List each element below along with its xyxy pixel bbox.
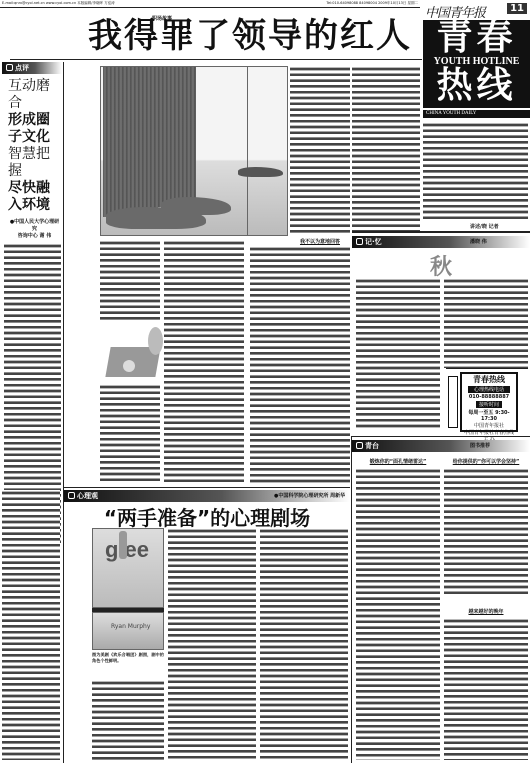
section-title-block: 青春 YOUTH HOTLINE 热线 <box>423 20 530 108</box>
hotline-box: 青春热线 心理热线电话 010-88888887 接听时间 每周一至五 9:30… <box>460 372 518 432</box>
memory-body-col1 <box>356 278 440 428</box>
section-header-psych: 心理观 ●中国科学院心理研究所 周新华 <box>64 490 350 502</box>
section-divider <box>352 231 530 233</box>
comment-byline-2: 咨询中心 谢 伟 <box>8 232 61 239</box>
hotline-hours-label: 接听时间 <box>476 401 502 408</box>
section-header-memory: 记·忆 潘晓 伟 <box>352 236 530 248</box>
vision-byline: 图书推荐 <box>470 440 490 452</box>
story-illustration <box>100 66 248 236</box>
story-body-col5 <box>352 66 420 236</box>
contact-info: E-mail:qnrx@cyol.net.cn www.cyol.com.cn … <box>2 0 115 6</box>
memory-title: 秋 <box>430 250 452 281</box>
page-number: 11 <box>507 3 527 14</box>
psych-byline: ●中国科学院心理研究所 周新华 <box>274 490 345 502</box>
section-header-vision: 青台 图书推荐 <box>352 440 530 452</box>
vision-rule <box>352 436 530 437</box>
china-youth-bar: CHINA YOUTH DAILY <box>423 110 530 118</box>
hotline-org-2: 中国青年报社青春热线 <box>462 429 516 436</box>
story-body-col1b <box>100 384 160 484</box>
section-icon <box>6 64 13 71</box>
psych-body-col1 <box>92 680 164 760</box>
hotline-label: 心理热线电话 <box>468 386 510 393</box>
main-headline: 我得罪了领导的红人 <box>80 14 420 58</box>
comment-title-1: 互动磨合 <box>8 78 61 112</box>
psych-rule <box>64 487 350 488</box>
section-title-top: 青春 <box>423 20 530 56</box>
psych-body-col3 <box>260 528 348 760</box>
section-icon <box>356 442 363 449</box>
hotline-side-tab <box>448 376 458 428</box>
vision-article-1-title: 锻炼你的“面孔情绪雷达” <box>356 458 440 465</box>
comment-title-2: 形成圈子文化 <box>8 112 61 146</box>
vision-column-rule <box>351 436 352 763</box>
comment-byline-1: ●中国人民大学心理研究 <box>8 218 61 232</box>
left-column-body-lower <box>2 490 60 760</box>
story-body-col6 <box>423 122 528 222</box>
story-body-col2 <box>164 240 244 484</box>
hotline-org: 中国青年报社 <box>462 422 516 429</box>
story-subhead: 我不以为意地回答 <box>290 238 350 245</box>
section-header-comment: 点评 <box>2 62 62 74</box>
image-caption: 图为美剧《欢乐合唱团》剧照，剧中的角色个性鲜明。 <box>92 652 164 678</box>
memory-rule <box>446 368 528 369</box>
glee-title: glee <box>105 537 149 563</box>
vision-article-2-body <box>444 468 528 596</box>
vision-article-1-body <box>356 468 440 760</box>
vision-article-2-title: 给你提供的“你可以学会坚持” <box>444 458 528 465</box>
story-body-col3 <box>290 66 350 236</box>
book-author: Ryan Murphy <box>111 623 150 630</box>
section-icon <box>356 238 363 245</box>
headline-rule <box>10 59 422 60</box>
story-body-col4 <box>250 246 350 484</box>
section-icon <box>68 492 75 499</box>
hotline-hours: 每周一至五 9:30-17:30 <box>462 409 516 422</box>
memory-body-col2 <box>444 278 528 368</box>
story-illustration-extension <box>248 66 288 236</box>
psych-body-col2 <box>168 528 256 760</box>
left-column-rule <box>63 487 64 763</box>
comment-title-3: 智慧把握 <box>8 146 61 180</box>
glee-poster: glee <box>92 528 164 608</box>
hotline-title: 青春热线 <box>462 374 516 385</box>
hotline-phone: 010-88888887 <box>462 394 516 400</box>
vision-article-3-body <box>444 618 528 760</box>
top-info-bar: E-mail:qnrx@cyol.net.cn www.cyol.com.cn … <box>0 0 420 8</box>
issue-date: Tel:010-64098088 84098004 2009年10月13日 星期… <box>326 0 418 6</box>
vision-article-3-title: 越来越好的晚年 <box>444 608 528 615</box>
story-body-col1 <box>100 240 160 320</box>
comment-title-4: 尽快融入环境 <box>8 180 61 214</box>
section-title-bottom: 热线 <box>423 68 530 104</box>
masthead: 中国青年报 11 青春 YOUTH HOTLINE 热线 <box>423 0 530 110</box>
book-cover: Ryan Murphy <box>92 612 164 650</box>
memory-byline: 潘晓 伟 <box>470 236 487 248</box>
left-column: 点评 互动磨合 形成圈子文化 智慧把握 尽快融入环境 ●中国人民大学心理研究 咨… <box>2 62 64 487</box>
story-signature: 讲述/晓 记者 <box>470 223 499 230</box>
